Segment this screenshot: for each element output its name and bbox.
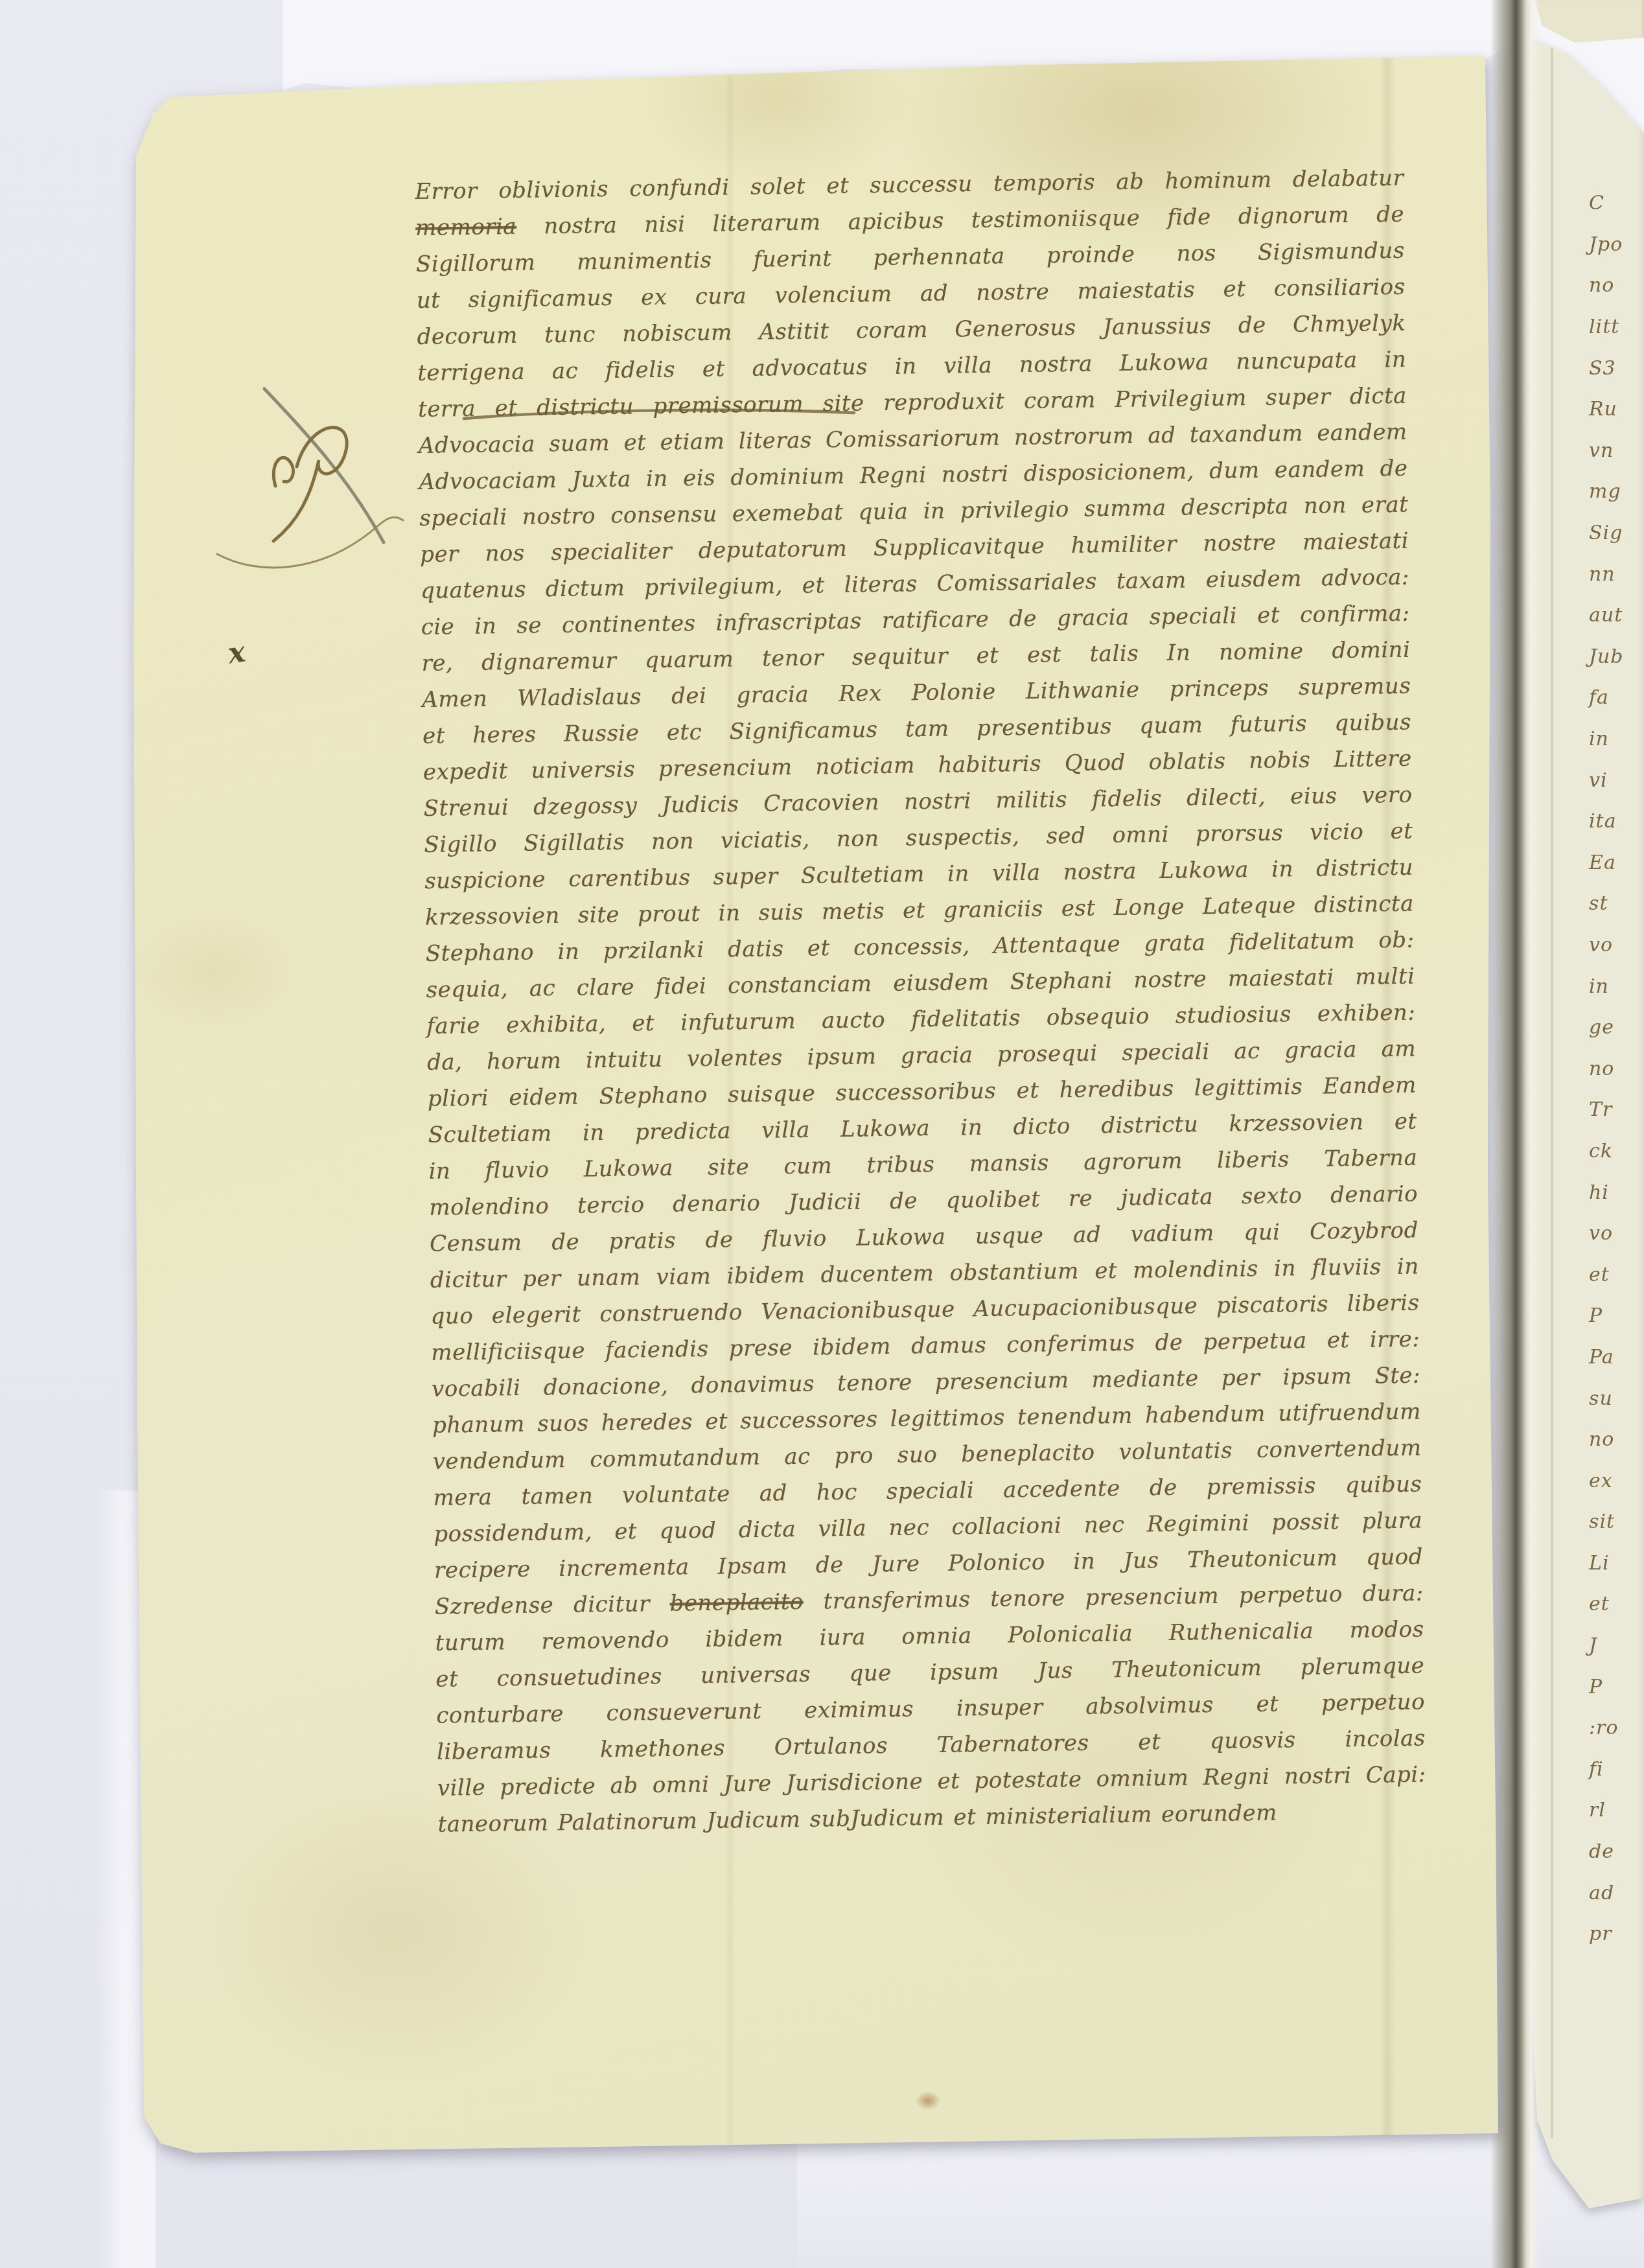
text-block: Error oblivionis confundi solet et succe… bbox=[415, 160, 1427, 1843]
manuscript-scan: CJponolittS3RuvnmgSignnautJubfainviitaEa… bbox=[0, 0, 1644, 2268]
marginal-x-mark: x bbox=[226, 635, 248, 670]
main-page-wrap: x Error oblivionis confundi solet et suc… bbox=[0, 0, 1644, 2268]
struck-word: beneplacito bbox=[669, 1589, 804, 1617]
main-page: x Error oblivionis confundi solet et suc… bbox=[0, 0, 1644, 2268]
struck-word: memoria bbox=[415, 214, 517, 241]
marginal-flourish-mark-icon bbox=[214, 360, 408, 573]
